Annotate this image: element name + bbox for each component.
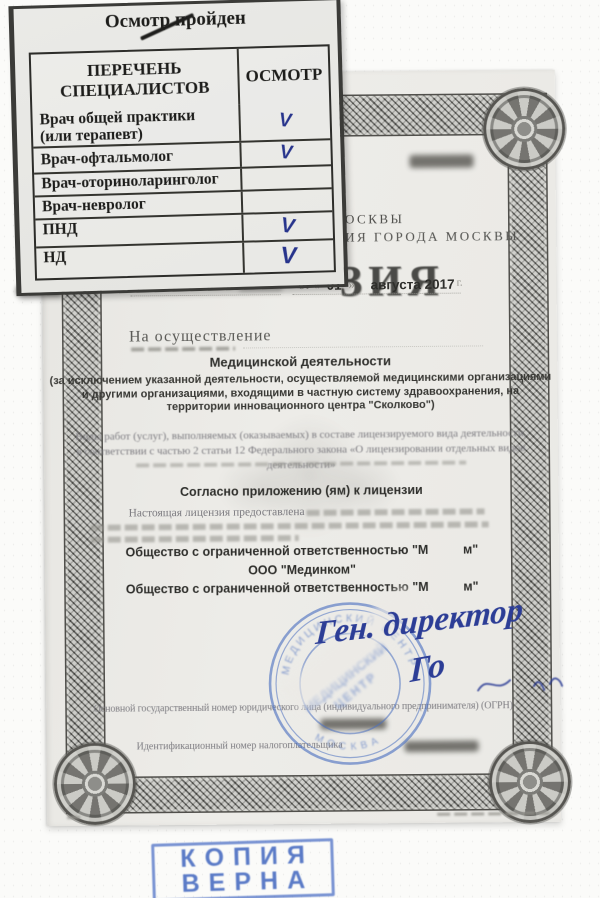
corner-rosette-bottom-left bbox=[54, 742, 137, 825]
scanned-page: ОСКВЫ ИЯ ГОРОДА МОСКВЫ ЗИЯ № ЛО-77-01-01… bbox=[0, 0, 600, 898]
microprint-left bbox=[67, 816, 83, 819]
check-mark: V bbox=[278, 214, 298, 240]
works-clause: Виды работ (услуг), выполняемых (оказыва… bbox=[44, 426, 558, 475]
date-quote: » bbox=[349, 278, 355, 293]
ornamental-border-bottom bbox=[66, 773, 553, 814]
inspection-cell: V bbox=[239, 140, 331, 167]
table-header-inspection: ОСМОТР bbox=[237, 46, 330, 105]
copy-verna-stamp: КОПИЯ ВЕРНА bbox=[151, 838, 335, 898]
org-line-full-1: Общество с ограниченной ответственностью… bbox=[45, 542, 559, 560]
signature-initial-handwriting: Го bbox=[409, 646, 445, 691]
grant-heading-rule bbox=[243, 345, 483, 348]
granted-prefix: Настоящая лицензия предоставлена bbox=[129, 506, 305, 520]
specialists-table-body: Врач общей практики (или терапевт) V Вра… bbox=[32, 102, 334, 278]
activity-name: Медицинской деятельности bbox=[43, 352, 557, 371]
signature-flourish bbox=[476, 664, 566, 701]
according-clause: Согласно приложению (ям) к лицензии bbox=[44, 482, 558, 500]
inspection-cell bbox=[241, 189, 333, 213]
grant-heading: На осуществление bbox=[129, 327, 272, 346]
corner-rosette-bottom-right bbox=[489, 741, 572, 824]
activity-note: (за исключением указанной деятельности, … bbox=[43, 371, 557, 416]
issuer-fragment-2: ИЯ ГОРОДА МОСКВЫ bbox=[345, 228, 519, 246]
serial-number-redacted bbox=[409, 154, 473, 168]
date-g: г. bbox=[457, 277, 463, 289]
org-line-short: ООО "Мединком" bbox=[45, 561, 559, 579]
check-mark: V bbox=[277, 110, 294, 133]
granted-redacted-1 bbox=[307, 508, 485, 516]
inspection-cell bbox=[240, 166, 332, 190]
checklist-card: Осмотр пройден ПЕРЕЧЕНЬ СПЕЦИАЛИСТОВ ОСМ… bbox=[8, 0, 348, 296]
check-mark: V bbox=[278, 242, 299, 270]
inspection-cell: V bbox=[242, 240, 334, 273]
org-line-full-2: Общество с ограниченной ответственностью… bbox=[45, 579, 559, 597]
specialist-label: НД bbox=[36, 243, 243, 279]
specialist-label: Врач общей практики (или терапевт) bbox=[32, 105, 239, 147]
date-month-year: августа 2017 bbox=[371, 277, 455, 293]
issuer-fragment-1: ОСКВЫ bbox=[345, 211, 405, 228]
corner-rosette-top-right bbox=[483, 88, 566, 171]
grant-heading-caption-blurred bbox=[131, 347, 235, 352]
table-header-specialists: ПЕРЕЧЕНЬ СПЕЦИАЛИСТОВ bbox=[31, 49, 238, 111]
specialists-table: ПЕРЕЧЕНЬ СПЕЦИАЛИСТОВ ОСМОТР Врач общей … bbox=[29, 44, 336, 280]
table-header-row: ПЕРЕЧЕНЬ СПЕЦИАЛИСТОВ ОСМОТР bbox=[31, 46, 329, 110]
check-mark: V bbox=[277, 142, 294, 165]
inspection-cell: V bbox=[238, 102, 330, 141]
inspection-cell: V bbox=[241, 212, 333, 241]
copy-stamp-line2: ВЕРНА bbox=[172, 868, 314, 897]
